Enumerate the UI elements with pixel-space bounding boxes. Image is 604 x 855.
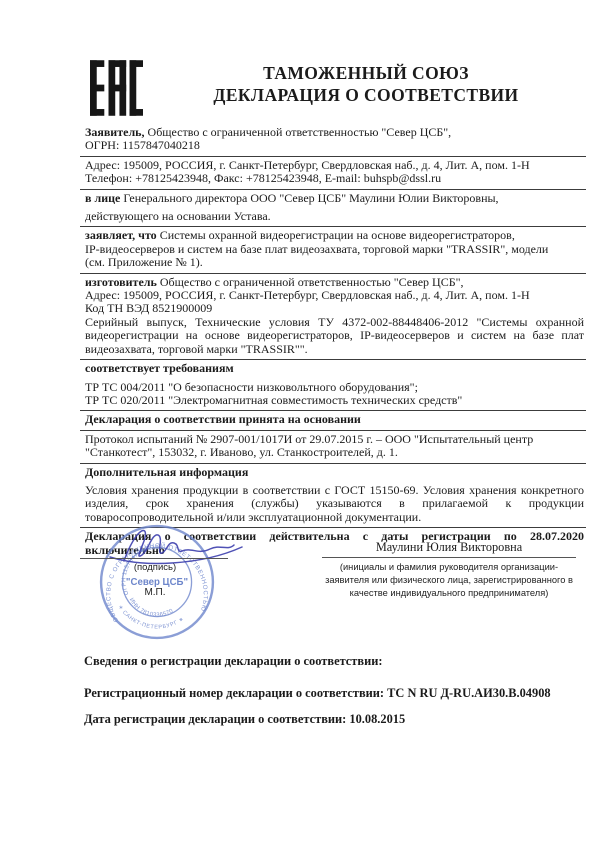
manufacturer-label: изготовитель (85, 275, 157, 289)
signature-caption: (подпись) (80, 562, 230, 573)
declares-annex-ref: (см. Приложение № 1). (85, 256, 584, 269)
heading-additional-info: Дополнительная информация (80, 464, 586, 482)
eac-mark-logo (90, 57, 143, 119)
registration-date-label: Дата регистрации декларации о соответств… (84, 712, 346, 726)
declares-label: заявляет, что (85, 228, 157, 242)
applicant-contacts: Телефон: +78125423948, Факс: +7812542394… (85, 172, 584, 185)
signature-scribble (106, 521, 246, 567)
declares-product: Системы охранной видеорегистрации на осн… (160, 228, 515, 242)
stamp-place-label: М.П. (80, 587, 230, 598)
registration-info-heading: Сведения о регистрации декларации о соот… (84, 654, 382, 669)
manufacturer-tnved-code: Код ТН ВЭД 8521900009 (85, 302, 584, 315)
regulation-tr-ts-004: ТР ТС 004/2011 "О безопасности низковоль… (85, 381, 584, 394)
declaration-document: ТАМОЖЕННЫЙ СОЮЗ ДЕКЛАРАЦИЯ О СООТВЕТСТВИ… (0, 0, 604, 855)
representative-name: Генерального директора ООО "Север ЦСБ" М… (123, 191, 498, 205)
storage-conditions-text: Условия хранения продукции в соответстви… (85, 484, 584, 524)
row-declares: заявляет, что Системы охранной видеореги… (80, 227, 586, 273)
registration-date-row: Дата регистрации декларации о соответств… (84, 712, 405, 727)
test-protocol-text: Протокол испытаний № 2907-001/1017И от 2… (85, 433, 584, 460)
name-caption: (инициалы и фамилия руководителя организ… (303, 561, 595, 600)
signature-line-left (80, 558, 228, 559)
applicant-name: Общество с ограниченной ответственностью… (148, 125, 452, 139)
registration-number-value: ТС N RU Д-RU.АИ30.В.04908 (387, 686, 550, 700)
signature-line-right (322, 557, 576, 558)
representative-basis: действующего на основании Устава. (85, 210, 584, 223)
declaration-body: Заявитель, Общество с ограниченной ответ… (80, 124, 586, 560)
heading-requirements: соответствует требованиям (80, 360, 586, 378)
manufacturer-specs: Серийный выпуск, Технические условия ТУ … (85, 316, 584, 356)
title-line-declaration: ДЕКЛАРАЦИЯ О СООТВЕТСТВИИ (148, 84, 584, 106)
stamp-inn-text: ИНН 7810336570 (128, 597, 175, 618)
registration-number-label: Регистрационный номер декларации о соотв… (84, 686, 384, 700)
row-test-protocol: Протокол испытаний № 2907-001/1017И от 2… (80, 431, 586, 464)
applicant-label: Заявитель, (85, 125, 145, 139)
manufacturer-name: Общество с ограниченной ответственностью… (160, 275, 464, 289)
title-line-customs-union: ТАМОЖЕННЫЙ СОЮЗ (148, 62, 584, 84)
row-regulations: ТР ТС 004/2011 "О безопасности низковоль… (80, 379, 586, 412)
registration-number-row: Регистрационный номер декларации о соотв… (84, 686, 551, 701)
name-caption-line-1: (инициалы и фамилия руководителя организ… (303, 561, 595, 574)
registration-date-value: 10.08.2015 (349, 712, 405, 726)
name-caption-line-2: заявителя или физического лица, зарегист… (303, 574, 595, 587)
applicant-address: Адрес: 195009, РОССИЯ, г. Санкт-Петербур… (85, 159, 584, 172)
heading-basis: Декларация о соответствии принята на осн… (80, 411, 586, 430)
row-applicant: Заявитель, Общество с ограниченной ответ… (80, 124, 586, 157)
row-representative: в лице Генерального директора ООО "Север… (80, 190, 586, 228)
row-manufacturer: изготовитель Общество с ограниченной отв… (80, 274, 586, 360)
regulation-tr-ts-020: ТР ТС 020/2011 "Электромагнитная совмест… (85, 394, 584, 407)
head-full-name: Маулини Юлия Викторовна (318, 540, 580, 555)
document-title: ТАМОЖЕННЫЙ СОЮЗ ДЕКЛАРАЦИЯ О СООТВЕТСТВИ… (148, 62, 584, 106)
row-applicant-address: Адрес: 195009, РОССИЯ, г. Санкт-Петербур… (80, 157, 586, 190)
representative-label: в лице (85, 191, 120, 205)
svg-text:ИНН 7810336570: ИНН 7810336570 (128, 597, 175, 618)
name-caption-line-3: качестве индивидуального предпринимателя… (303, 587, 595, 600)
declares-product-2: IP-видеосерверов и систем на базе плат в… (85, 243, 584, 256)
manufacturer-address: Адрес: 195009, РОССИЯ, г. Санкт-Петербур… (85, 289, 584, 302)
applicant-ogrn: ОГРН: 1157847040218 (85, 139, 584, 152)
